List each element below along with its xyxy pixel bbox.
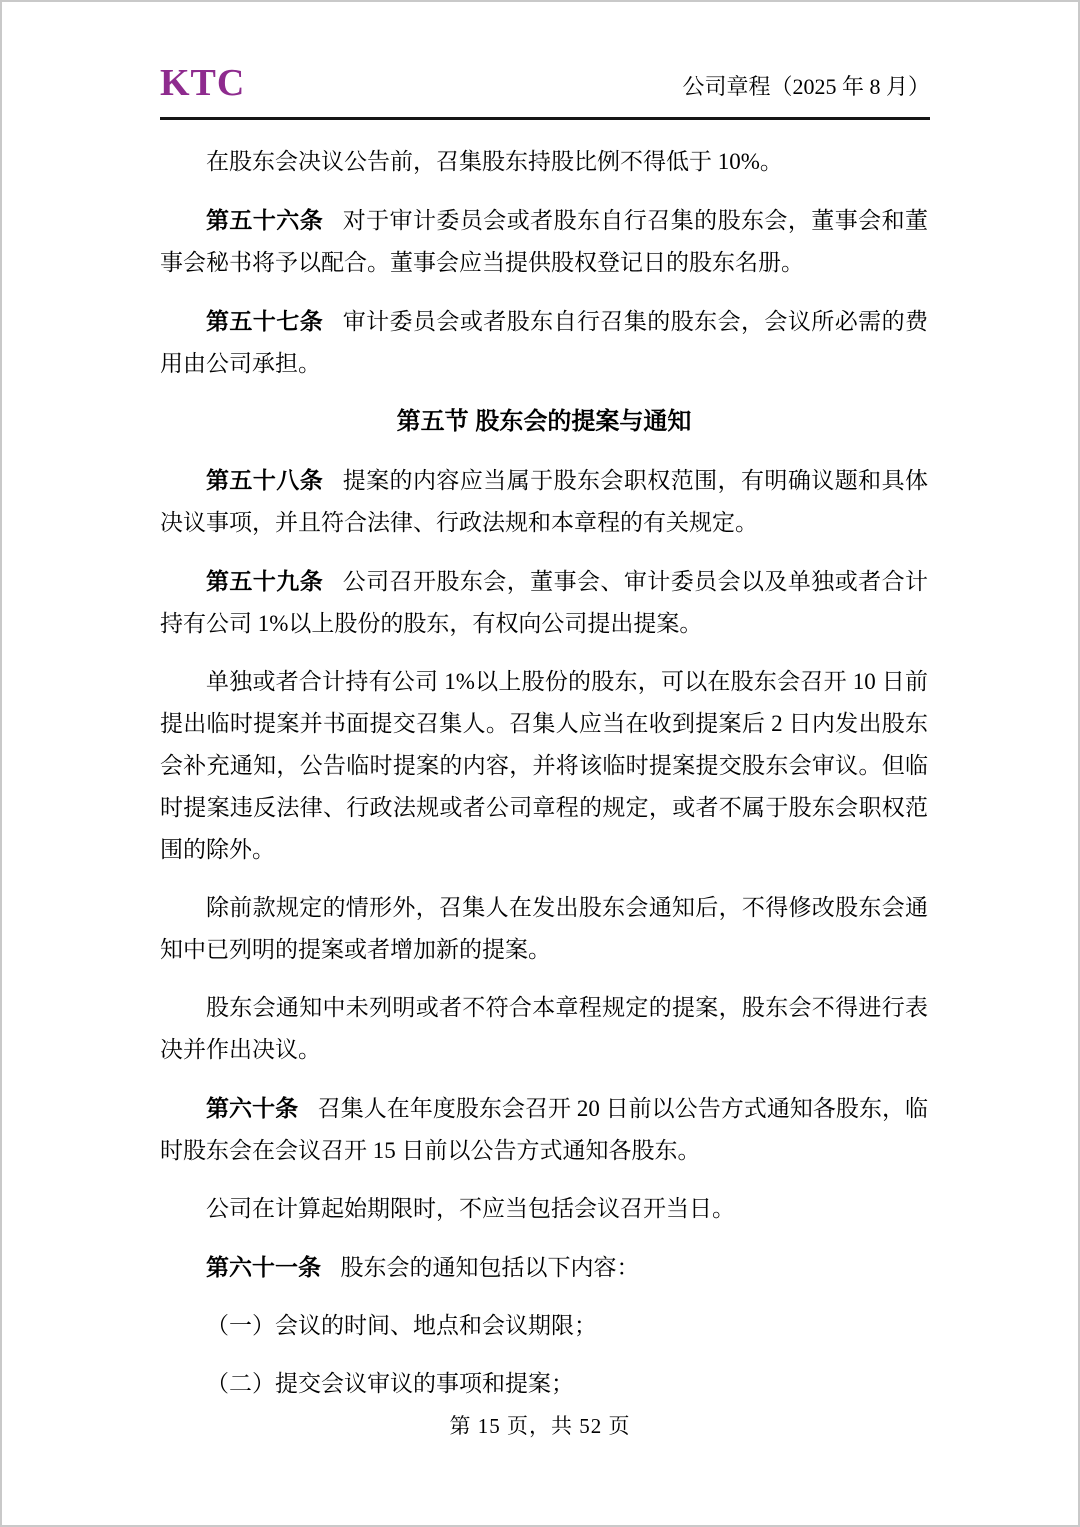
body-paragraph: 在股东会决议公告前，召集股东持股比例不得低于 10%。 xyxy=(160,141,928,183)
article-number: 第五十八条 xyxy=(206,467,323,493)
article-paragraph: 第五十九条公司召开股东会，董事会、审计委员会以及单独或者合计持有公司 1%以上股… xyxy=(160,560,928,645)
article-number: 第五十七条 xyxy=(206,308,323,334)
article-number: 第六十条 xyxy=(206,1095,298,1121)
article-number: 第六十一条 xyxy=(206,1254,321,1280)
page-header: KTC 公司章程（2025 年 8 月） xyxy=(160,64,930,120)
article-paragraph: 第五十七条审计委员会或者股东自行召集的股东会，会议所必需的费用由公司承担。 xyxy=(160,300,928,385)
body-paragraph: 公司在计算起始期限时，不应当包括会议召开当日。 xyxy=(160,1188,928,1230)
list-item-paragraph: （一）会议的时间、地点和会议期限； xyxy=(160,1305,928,1347)
section-heading: 第五节 股东会的提案与通知 xyxy=(160,401,928,443)
header-title: 公司章程（2025 年 8 月） xyxy=(682,76,930,102)
article-number: 第五十九条 xyxy=(206,568,323,594)
body-paragraph: 单独或者合计持有公司 1%以上股份的股东，可以在股东会召开 10 日前提出临时提… xyxy=(160,661,928,871)
body-paragraph: 除前款规定的情形外，召集人在发出股东会通知后，不得修改股东会通知中已列明的提案或… xyxy=(160,887,928,971)
document-page: KTC 公司章程（2025 年 8 月） 在股东会决议公告前，召集股东持股比例不… xyxy=(0,0,1080,1527)
page-number: 第 15 页，共 52 页 xyxy=(450,1414,631,1438)
article-number: 第五十六条 xyxy=(206,207,323,233)
article-paragraph: 第六十一条股东会的通知包括以下内容： xyxy=(160,1246,928,1289)
article-paragraph: 第五十六条对于审计委员会或者股东自行召集的股东会，董事会和董事会秘书将予以配合。… xyxy=(160,199,928,284)
body-paragraph: 股东会通知中未列明或者不符合本章程规定的提案，股东会不得进行表决并作出决议。 xyxy=(160,987,928,1071)
page-footer: 第 15 页，共 52 页 xyxy=(2,1410,1078,1440)
article-paragraph: 第五十八条提案的内容应当属于股东会职权范围，有明确议题和具体决议事项，并且符合法… xyxy=(160,459,928,544)
article-text: 股东会的通知包括以下内容： xyxy=(341,1255,640,1280)
article-paragraph: 第六十条召集人在年度股东会召开 20 日前以公告方式通知各股东，临时股东会在会议… xyxy=(160,1087,928,1172)
list-item-paragraph: （二）提交会议审议的事项和提案； xyxy=(160,1363,928,1405)
ktc-logo: KTC xyxy=(160,64,245,102)
document-body: 在股东会决议公告前，召集股东持股比例不得低于 10%。第五十六条对于审计委员会或… xyxy=(160,141,928,1421)
